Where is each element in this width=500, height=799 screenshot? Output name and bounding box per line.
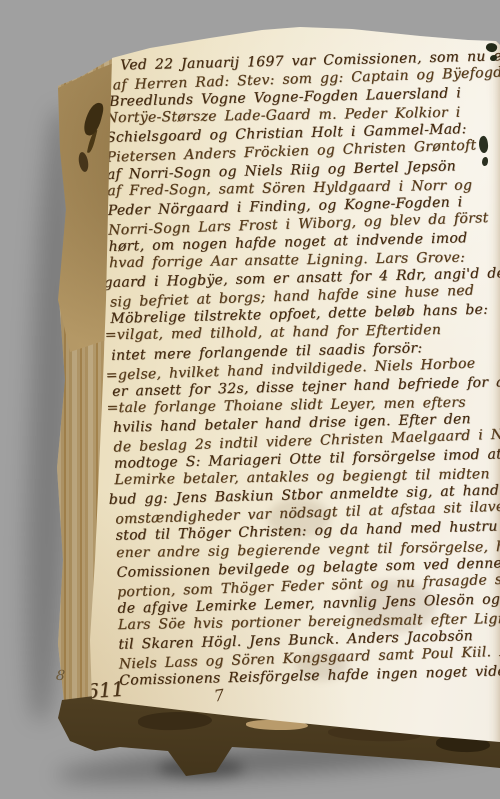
margin-mark: 8 [55, 668, 66, 685]
photo-background: Ved 22 Januarij 1697 var Comissionen, so… [0, 0, 500, 799]
catch-mark: 7 [213, 685, 226, 705]
handwritten-text-block: Ved 22 Januarij 1697 var Comissionen, so… [104, 47, 500, 690]
